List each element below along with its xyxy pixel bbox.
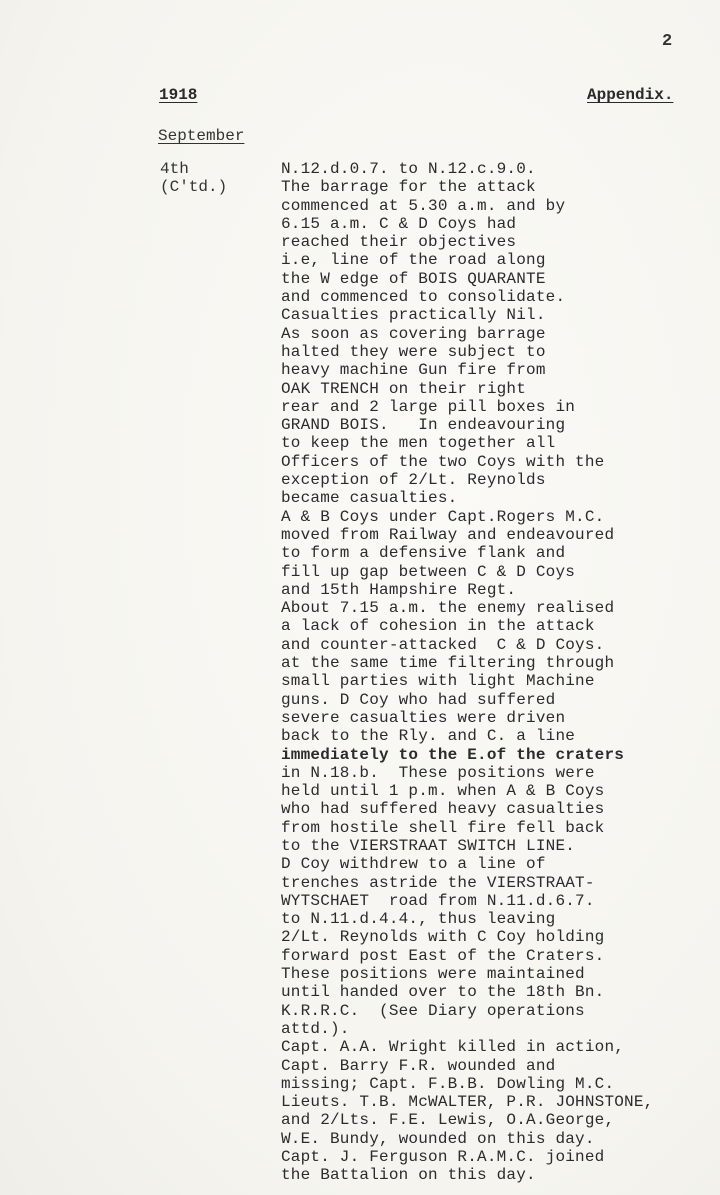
text-line: moved from Railway and endeavoured [281, 526, 653, 544]
text-line: at the same time filtering through [281, 654, 653, 672]
text-line: Officers of the two Coys with the [281, 453, 653, 471]
text-line: guns. D Coy who had suffered [281, 691, 653, 709]
text-line: Capt. A.A. Wright killed in action, [281, 1038, 653, 1056]
text-line: fill up gap between C & D Coys [281, 563, 653, 581]
text-line: severe casualties were driven [281, 709, 653, 727]
text-line: and 15th Hampshire Regt. [281, 581, 653, 599]
text-line: the Battalion on this day. [281, 1166, 653, 1184]
text-line: W.E. Bundy, wounded on this day. [281, 1130, 653, 1148]
text-line: reached their objectives [281, 233, 653, 251]
text-line: to N.11.d.4.4., thus leaving [281, 910, 653, 928]
text-line: rear and 2 large pill boxes in [281, 398, 653, 416]
text-line: trenches astride the VIERSTRAAT- [281, 874, 653, 892]
text-line: back to the Rly. and C. a line [281, 727, 653, 745]
text-line: commenced at 5.30 a.m. and by [281, 197, 653, 215]
text-line: These positions were maintained [281, 965, 653, 983]
text-line: and 2/Lts. F.E. Lewis, O.A.George, [281, 1111, 653, 1129]
text-line: to form a defensive flank and [281, 544, 653, 562]
text-line: from hostile shell fire fell back [281, 819, 653, 837]
text-line: forward post East of the Craters. [281, 947, 653, 965]
text-line: As soon as covering barrage [281, 325, 653, 343]
text-line: OAK TRENCH on their right [281, 380, 653, 398]
text-line: attd.). [281, 1020, 653, 1038]
text-line: the W edge of BOIS QUARANTE [281, 270, 653, 288]
text-line: GRAND BOIS. In endeavouring [281, 416, 653, 434]
text-line: K.R.R.C. (See Diary operations [281, 1002, 653, 1020]
text-line: became casualties. [281, 489, 653, 507]
text-line: Capt. Barry F.R. wounded and [281, 1057, 653, 1075]
text-line: small parties with light Machine [281, 672, 653, 690]
month-heading: September [158, 127, 244, 145]
text-line: About 7.15 a.m. the enemy realised [281, 599, 653, 617]
text-line: N.12.d.0.7. to N.12.c.9.0. [281, 160, 653, 178]
text-line: to the VIERSTRAAT SWITCH LINE. [281, 837, 653, 855]
text-line: to keep the men together all [281, 434, 653, 452]
text-line: The barrage for the attack [281, 178, 653, 196]
text-line: D Coy withdrew to a line of [281, 855, 653, 873]
appendix-heading: Appendix. [587, 86, 673, 104]
document-page: 2 1918 Appendix. September 4th (C'td.) N… [0, 0, 720, 1195]
text-line: until handed over to the 18th Bn. [281, 983, 653, 1001]
date-column: 4th (C'td.) [160, 160, 227, 197]
text-line: 6.15 a.m. C & D Coys had [281, 215, 653, 233]
text-line: and counter-attacked C & D Coys. [281, 636, 653, 654]
text-line: heavy machine Gun fire from [281, 361, 653, 379]
page-number: 2 [662, 32, 672, 51]
text-line: halted they were subject to [281, 343, 653, 361]
text-line: exception of 2/Lt. Reynolds [281, 471, 653, 489]
text-line: Capt. J. Ferguson R.A.M.C. joined [281, 1148, 653, 1166]
text-line: in N.18.b. These positions were [281, 764, 653, 782]
text-line: WYTSCHAET road from N.11.d.6.7. [281, 892, 653, 910]
year-heading: 1918 [159, 86, 197, 104]
text-line: Lieuts. T.B. McWALTER, P.R. JOHNSTONE, [281, 1093, 653, 1111]
text-line: immediately to the E.of the craters [281, 746, 653, 764]
text-line: 2/Lt. Reynolds with C Coy holding [281, 928, 653, 946]
text-line: a lack of cohesion in the attack [281, 617, 653, 635]
date-note: (C'td.) [160, 178, 227, 196]
text-line: missing; Capt. F.B.B. Dowling M.C. [281, 1075, 653, 1093]
text-line: A & B Coys under Capt.Rogers M.C. [281, 508, 653, 526]
text-line: Casualties practically Nil. [281, 306, 653, 324]
diary-entry-text: N.12.d.0.7. to N.12.c.9.0. The barrage f… [281, 160, 653, 1185]
text-line: who had suffered heavy casualties [281, 800, 653, 818]
date-label: 4th [160, 160, 227, 178]
text-line: and commenced to consolidate. [281, 288, 653, 306]
text-line: held until 1 p.m. when A & B Coys [281, 782, 653, 800]
text-line: i.e, line of the road along [281, 251, 653, 269]
